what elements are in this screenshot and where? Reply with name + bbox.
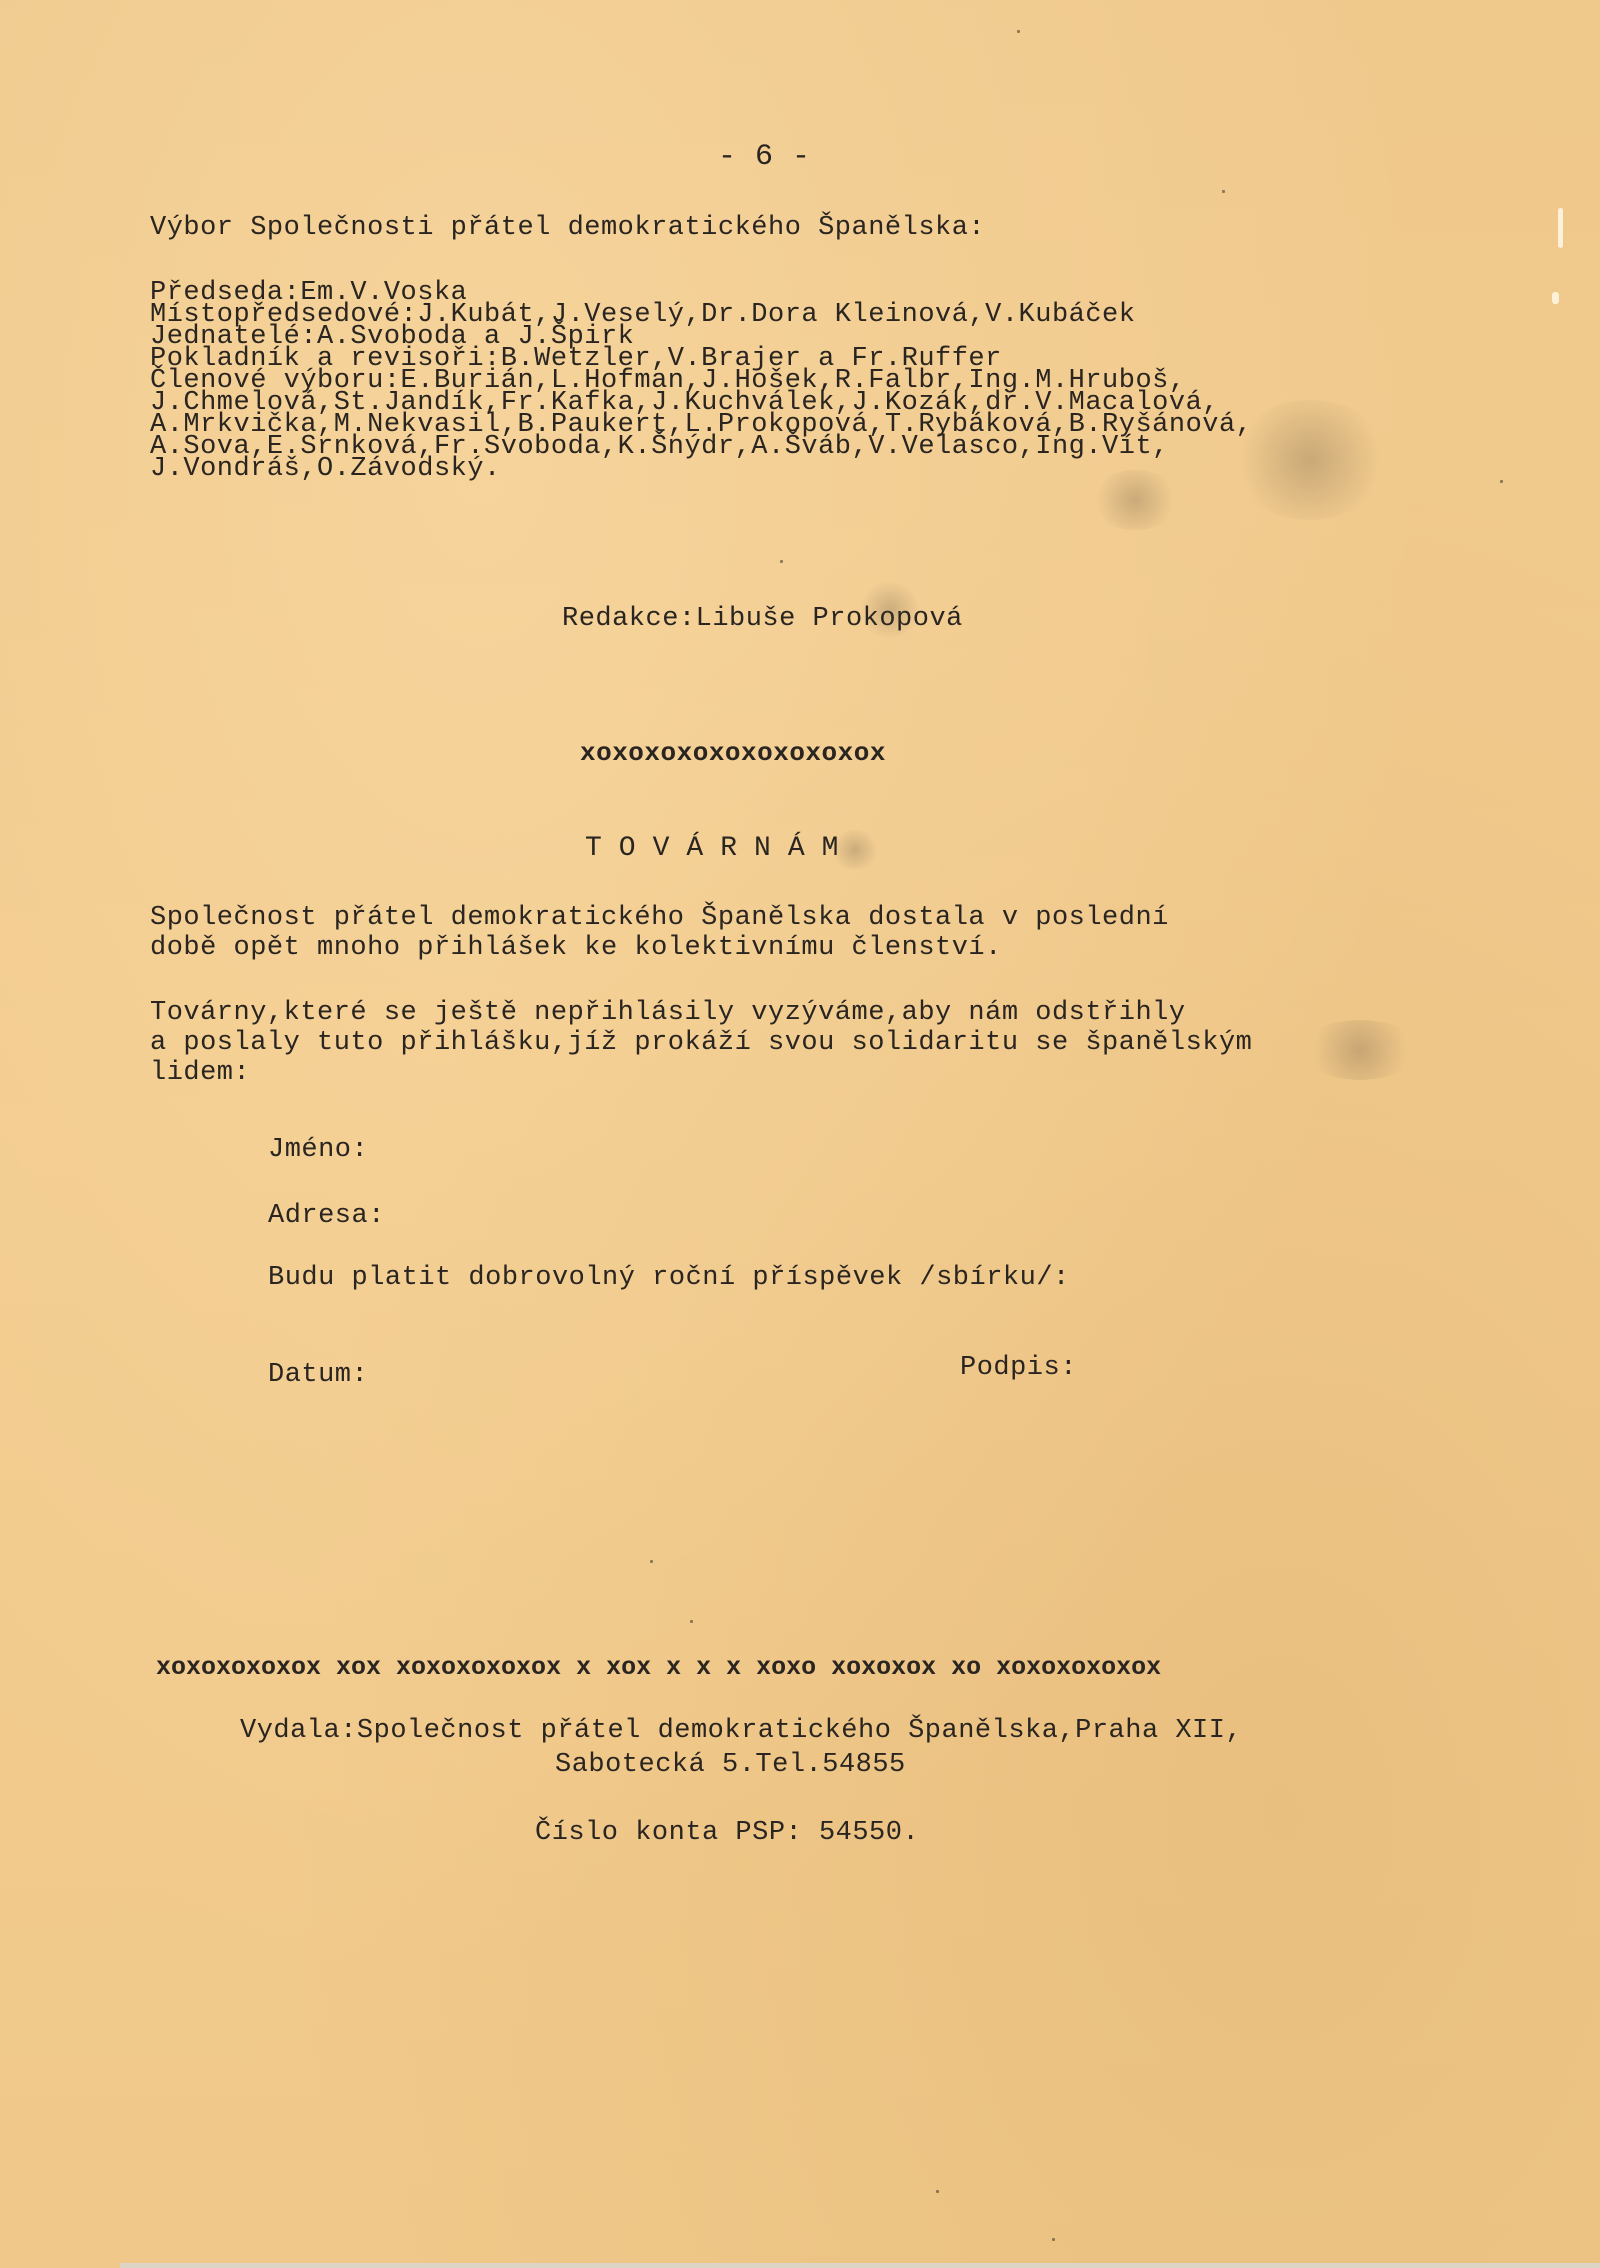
paper-speck <box>830 1830 833 1833</box>
section-title: TOVÁRNÁM <box>585 835 855 863</box>
paragraph-line: lidem: <box>150 1060 250 1087</box>
separator-top: xoxoxoxoxoxoxoxoxox <box>580 740 886 766</box>
contribution-field-label: Budu platit dobrovolný roční příspěvek /… <box>268 1265 1070 1292</box>
paper-tear <box>1552 292 1559 304</box>
paper-speck <box>1500 480 1503 483</box>
ink-smudge <box>1230 400 1390 520</box>
signature-field-label: Podpis: <box>960 1355 1077 1382</box>
paper-speck <box>936 2190 939 2193</box>
paper-speck <box>1222 190 1225 193</box>
ink-smudge <box>1300 1020 1420 1080</box>
committee-heading: Výbor Společnosti přátel demokratického … <box>150 215 985 242</box>
address-field-label: Adresa: <box>268 1203 385 1230</box>
paper-speck <box>780 560 783 563</box>
date-field-label: Datum: <box>268 1362 368 1389</box>
paragraph-line: a poslaly tuto přihlášku,jíž prokáží svo… <box>150 1030 1252 1057</box>
publisher-line: Vydala:Společnost přátel demokratického … <box>240 1718 1242 1745</box>
paragraph-line: Továrny,které se ještě nepřihlásily vyzý… <box>150 1000 1186 1027</box>
scan-edge <box>120 2263 1600 2268</box>
paragraph-line: Společnost přátel demokratického Španěls… <box>150 905 1169 932</box>
paper-speck <box>1017 30 1020 33</box>
paragraph-line: době opět mnoho přihlášek ke kolektivním… <box>150 935 1002 962</box>
paper-speck <box>1052 2238 1055 2241</box>
committee-members-line: J.Vondráš,O.Závodský. <box>150 456 501 483</box>
paper-speck <box>650 1560 653 1563</box>
paper-tear <box>1558 208 1563 248</box>
publisher-address: Sabotecká 5.Tel.54855 <box>555 1752 906 1779</box>
ink-smudge <box>1090 470 1180 530</box>
paper-speck <box>690 1620 693 1623</box>
name-field-label: Jméno: <box>268 1137 368 1164</box>
page-number: - 6 - <box>718 142 811 172</box>
separator-bottom: xoxoxoxoxox xox xoxoxoxoxox x xox x x x … <box>156 1655 1161 1680</box>
account-number: Číslo konta PSP: 54550. <box>535 1820 919 1847</box>
editor-line: Redakce:Libuše Prokopová <box>562 606 963 633</box>
document-page: - 6 - Výbor Společnosti přátel demokrati… <box>0 0 1600 2268</box>
